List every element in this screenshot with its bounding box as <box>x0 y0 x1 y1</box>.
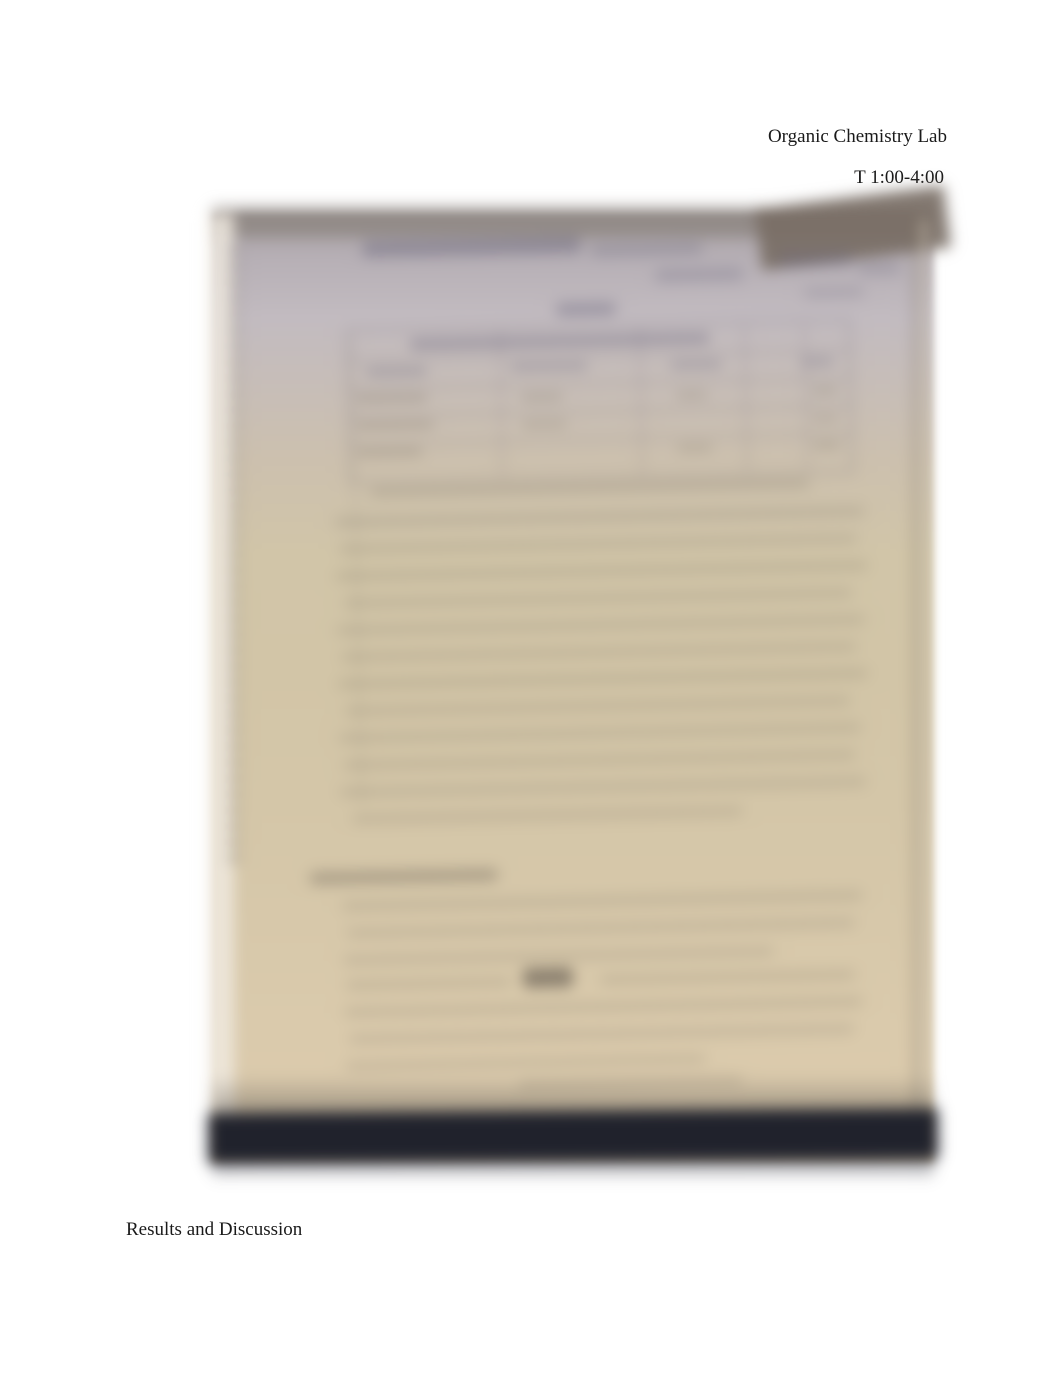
scribble-mark <box>334 507 864 527</box>
scribble-mark <box>556 302 616 316</box>
scribble-mark <box>357 447 423 457</box>
scribble-mark <box>343 750 855 770</box>
scribble-mark <box>356 393 428 404</box>
scribble-mark <box>345 997 863 1017</box>
scribble-mark <box>365 366 427 377</box>
photo-dark-edge-fade <box>212 1159 934 1181</box>
scribble-mark <box>510 361 588 373</box>
header-course-title: Organic Chemistry Lab <box>768 126 947 148</box>
scribble-mark <box>812 413 838 423</box>
header-section-time: T 1:00-4:00 <box>854 167 944 189</box>
scribble-mark <box>343 947 773 965</box>
scribble-mark <box>676 390 708 400</box>
scribble-mark <box>341 642 856 662</box>
scribble-mark <box>310 869 498 885</box>
scribble-mark <box>345 696 850 716</box>
scribble-mark <box>347 918 855 938</box>
scribble-mark <box>779 251 853 269</box>
scribble-mark <box>858 262 900 275</box>
photo-page-content <box>202 206 944 1187</box>
document-page: Organic Chemistry Lab T 1:00-4:00 <box>0 0 1062 1377</box>
scribble-mark <box>339 723 861 743</box>
scribble-mark <box>346 977 511 989</box>
scribble-mark <box>800 356 834 367</box>
scribble-mark <box>600 970 855 984</box>
scribble-mark <box>670 359 722 370</box>
scribble-mark <box>804 287 864 298</box>
scribble-mark <box>335 561 867 581</box>
scribble-mark <box>349 1024 854 1044</box>
scribble-mark <box>344 588 852 608</box>
scribble-mark <box>339 534 857 554</box>
scribble-mark <box>352 806 742 823</box>
scribble-mark <box>521 419 567 429</box>
scribble-mark <box>523 967 573 988</box>
lab-notebook-photo <box>212 213 934 1179</box>
section-heading: Results and Discussion <box>126 1219 302 1241</box>
scribble-mark <box>655 267 743 282</box>
scribble-mark <box>813 440 841 450</box>
scribble-mark <box>362 237 580 258</box>
photo-bottom-shadow <box>212 1075 934 1113</box>
photo-dark-table-edge <box>208 1108 938 1163</box>
scribble-mark <box>346 1054 706 1071</box>
scribble-mark <box>812 385 838 395</box>
scribble-mark <box>337 615 865 635</box>
scribble-mark <box>356 420 434 431</box>
scribble-mark <box>340 777 866 797</box>
scribble-mark <box>677 443 713 453</box>
photo-detail-layer <box>212 213 934 1179</box>
scribble-mark <box>591 242 703 256</box>
scribble-mark <box>342 891 862 911</box>
scribble-mark <box>521 392 563 402</box>
scribble-mark <box>338 669 868 689</box>
